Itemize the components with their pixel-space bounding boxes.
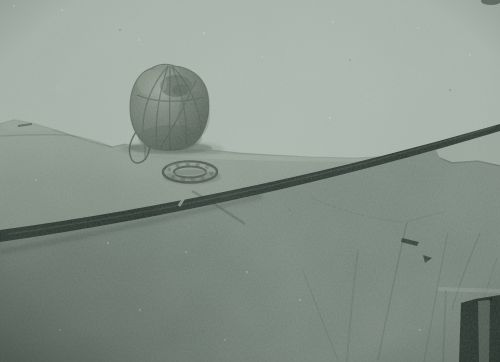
vignette-overlay [0,0,500,362]
photograph [0,0,500,362]
photo-canvas [0,0,500,362]
